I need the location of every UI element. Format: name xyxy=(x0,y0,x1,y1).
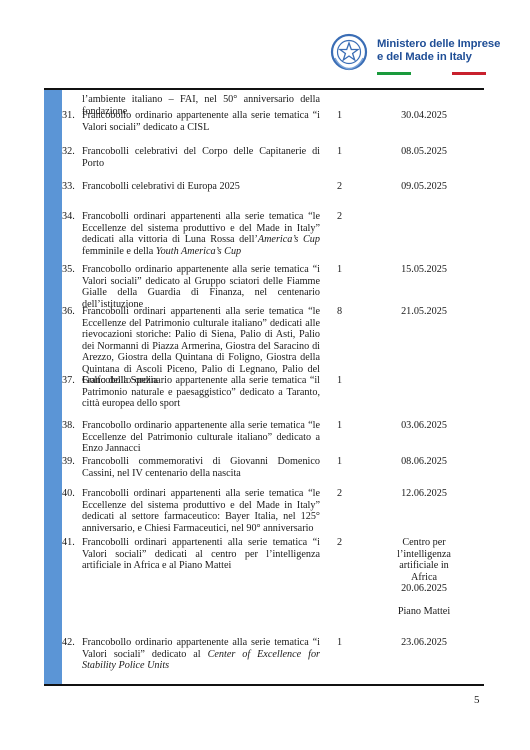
row-number: 36. xyxy=(62,306,80,318)
row-description: Francobolli celebrativi del Corpo delle … xyxy=(62,146,320,169)
row-date: 03.06.2025 xyxy=(384,420,464,432)
row-description: Francobolli celebrativi di Europa 2025 xyxy=(62,181,320,193)
table-row: 39.Francobolli commemorativi di Giovanni… xyxy=(62,456,320,479)
page-number: 5 xyxy=(474,694,480,706)
row-date: 21.05.2025 xyxy=(384,306,464,318)
row-description: Francobollo ordinario appartenente alla … xyxy=(62,375,320,410)
row-number: 38. xyxy=(62,420,80,432)
row-description: Francobollo ordinario appartenente alla … xyxy=(62,637,320,672)
row-date: 23.06.2025 xyxy=(384,637,464,649)
row-quantity: 1 xyxy=(337,456,357,468)
row-quantity: 1 xyxy=(337,637,357,649)
row-quantity: 1 xyxy=(337,420,357,432)
row-number: 35. xyxy=(62,264,80,276)
row-description: Francobollo ordinario appartenente alla … xyxy=(62,420,320,455)
row-quantity: 2 xyxy=(337,537,357,549)
row-description: Francobollo ordinario appartenente alla … xyxy=(62,110,320,133)
flag-green-bar xyxy=(377,72,411,75)
row-number: 41. xyxy=(62,537,80,549)
row-date: 08.06.2025 xyxy=(384,456,464,468)
row-quantity: 1 xyxy=(337,375,357,387)
row-number: 37. xyxy=(62,375,80,387)
table-row: 42.Francobollo ordinario appartenente al… xyxy=(62,637,320,672)
table-row: 37.Francobollo ordinario appartenente al… xyxy=(62,375,320,410)
row-number: 32. xyxy=(62,146,80,158)
table-row: 40.Francobolli ordinari appartenenti all… xyxy=(62,488,320,534)
table-row: 38.Francobollo ordinario appartenente al… xyxy=(62,420,320,455)
table-row: 32.Francobolli celebrativi del Corpo del… xyxy=(62,146,320,169)
table-row: 34.Francobolli ordinari appartenenti all… xyxy=(62,211,320,257)
ministry-name: Ministero delle Imprese e del Made in It… xyxy=(377,38,500,64)
table-accent-column xyxy=(44,90,62,684)
italian-republic-emblem-icon xyxy=(329,32,369,72)
row-quantity: 1 xyxy=(337,110,357,122)
table-row: 41.Francobolli ordinari appartenenti all… xyxy=(62,537,320,572)
row-quantity: 8 xyxy=(337,306,357,318)
table-row: 35.Francobollo ordinario appartenente al… xyxy=(62,264,320,310)
ministry-header: Ministero delle Imprese e del Made in It… xyxy=(329,30,524,80)
row-description: Francobollo ordinario appartenente alla … xyxy=(62,264,320,310)
row-description: Francobolli ordinari appartenenti alla s… xyxy=(62,537,320,572)
row-number: 34. xyxy=(62,211,80,223)
row-description: Francobolli commemorativi di Giovanni Do… xyxy=(62,456,320,479)
row-date: 15.05.2025 xyxy=(384,264,464,276)
row-description: Francobolli ordinari appartenenti alla s… xyxy=(62,211,320,257)
stamp-issues-table: l’ambiente italiano – FAI, nel 50° anniv… xyxy=(44,88,484,686)
row-date: 09.05.2025 xyxy=(384,181,464,193)
row-quantity: 1 xyxy=(337,264,357,276)
row-quantity: 1 xyxy=(337,146,357,158)
row-number: 40. xyxy=(62,488,80,500)
row-date: 30.04.2025 xyxy=(384,110,464,122)
flag-red-bar xyxy=(452,72,486,75)
row-number: 39. xyxy=(62,456,80,468)
ministry-name-line1: Ministero delle Imprese xyxy=(377,38,500,51)
table-row: 33.Francobolli celebrativi di Europa 202… xyxy=(62,181,320,193)
row-date: 08.05.2025 xyxy=(384,146,464,158)
row-quantity: 2 xyxy=(337,181,357,193)
table-row: 31.Francobollo ordinario appartenente al… xyxy=(62,110,320,133)
row-quantity: 2 xyxy=(337,211,357,223)
row-date: 12.06.2025 xyxy=(384,488,464,500)
row-number: 31. xyxy=(62,110,80,122)
row-quantity: 2 xyxy=(337,488,357,500)
row-number: 33. xyxy=(62,181,80,193)
row-number: 42. xyxy=(62,637,80,649)
row-description: Francobolli ordinari appartenenti alla s… xyxy=(62,488,320,534)
row-date: Centro perl’intelligenzaartificiale inAf… xyxy=(384,537,464,617)
ministry-name-line2: e del Made in Italy xyxy=(377,51,500,64)
